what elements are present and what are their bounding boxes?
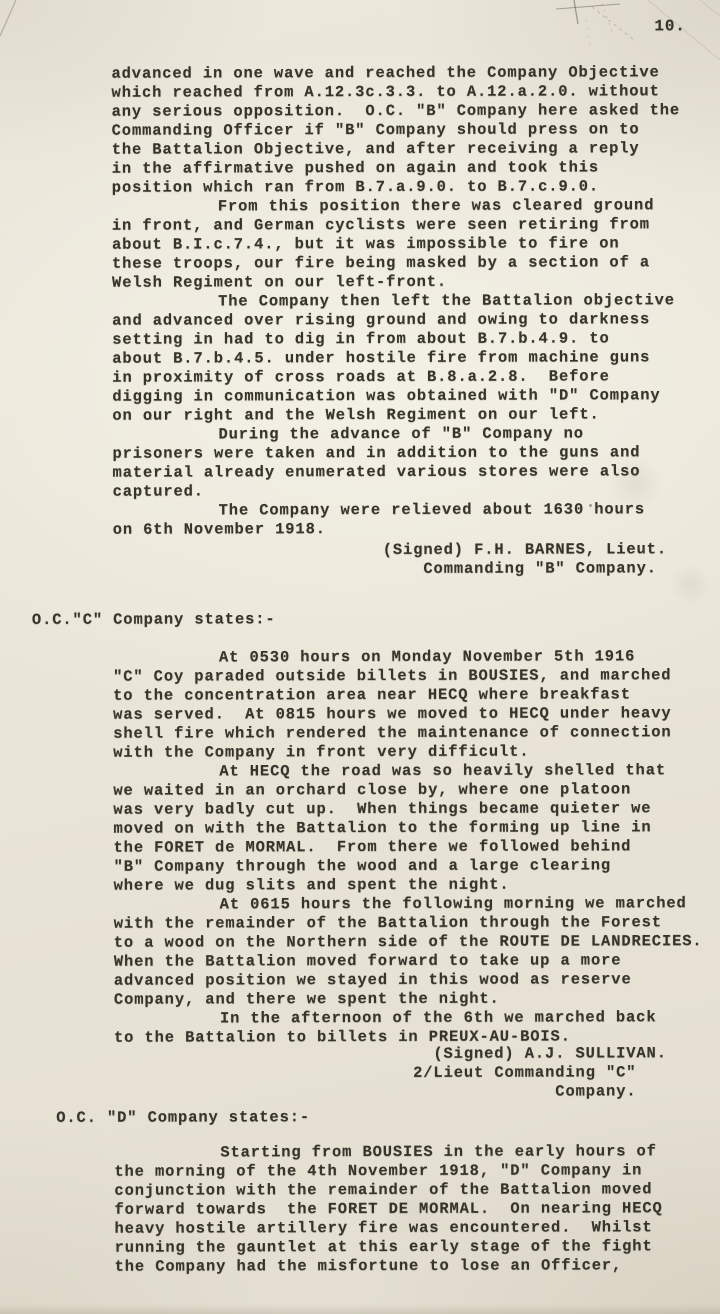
paragraph-c2: At HECQ the road was so heavily shelled …: [113, 761, 713, 896]
paragraph-c4: In the afternoon of the 6th we marched b…: [114, 1008, 714, 1048]
typewritten-text-layer: 10. advanced in one wave and reached the…: [0, 0, 720, 1314]
signature-b-company: (Signed) F.H. BARNES, Lieut. Commanding …: [383, 540, 667, 579]
paragraph-b3: The Company then left the Battalion obje…: [112, 291, 712, 426]
paragraph-b2: From this position there was cleared gro…: [112, 196, 712, 293]
paragraph-d1: Starting from BOUSIES in the early hours…: [114, 1142, 714, 1277]
paragraph-c1: At 0530 hours on Monday November 5th 191…: [113, 647, 713, 763]
c-company-report: At 0530 hours on Monday November 5th 191…: [113, 647, 714, 1048]
section-heading-d-company: O.C. "D" Company states:-: [56, 1108, 310, 1128]
signature-c-company: (Signed) A.J. SULLIVAN. 2/Lieut Commandi…: [413, 1044, 667, 1102]
b-company-report: advanced in one wave and reached the Com…: [111, 63, 712, 540]
page-number: 10.: [654, 17, 685, 36]
paragraph-c3: At 0615 hours the following morning we m…: [114, 894, 714, 1010]
paragraph-b1: advanced in one wave and reached the Com…: [111, 63, 711, 198]
paragraph-b5: The Company were relieved about 1630 hou…: [113, 500, 713, 540]
section-heading-c-company: O.C."C" Company states:-: [32, 610, 276, 630]
d-company-report: Starting from BOUSIES in the early hours…: [114, 1142, 714, 1277]
document-page: 10. advanced in one wave and reached the…: [0, 0, 720, 1314]
paragraph-b4: During the advance of "B" Company no pri…: [112, 424, 712, 502]
